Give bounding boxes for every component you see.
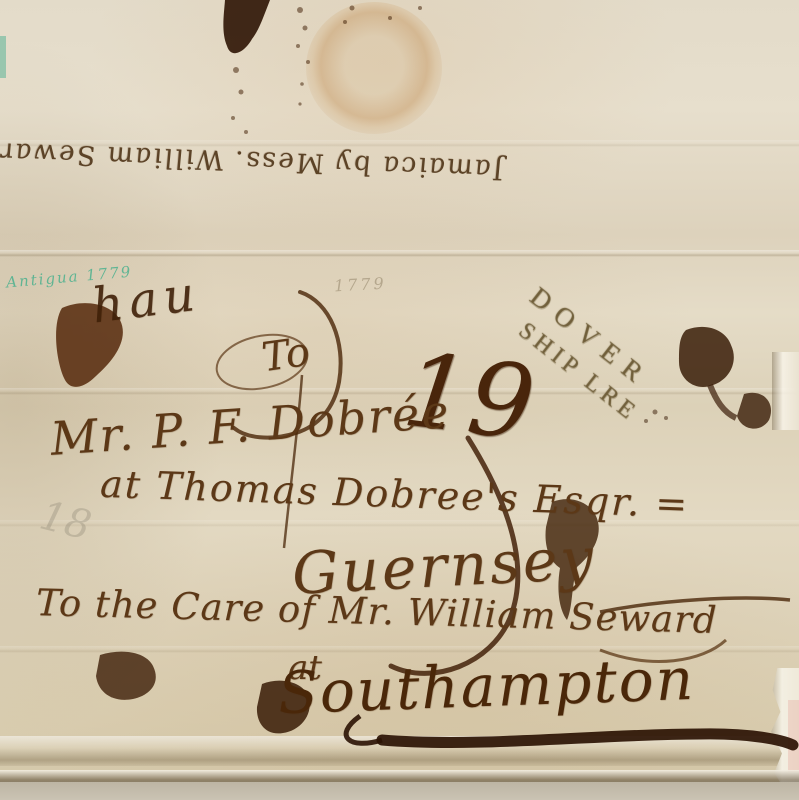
faint-pencil-note: 1779 (334, 274, 388, 296)
letter-scan: Jamaica by Mess. William Seward Antigua … (0, 0, 799, 800)
scanner-background (0, 782, 799, 800)
address-to: To (259, 329, 313, 381)
address-town: Southampton (277, 645, 696, 728)
